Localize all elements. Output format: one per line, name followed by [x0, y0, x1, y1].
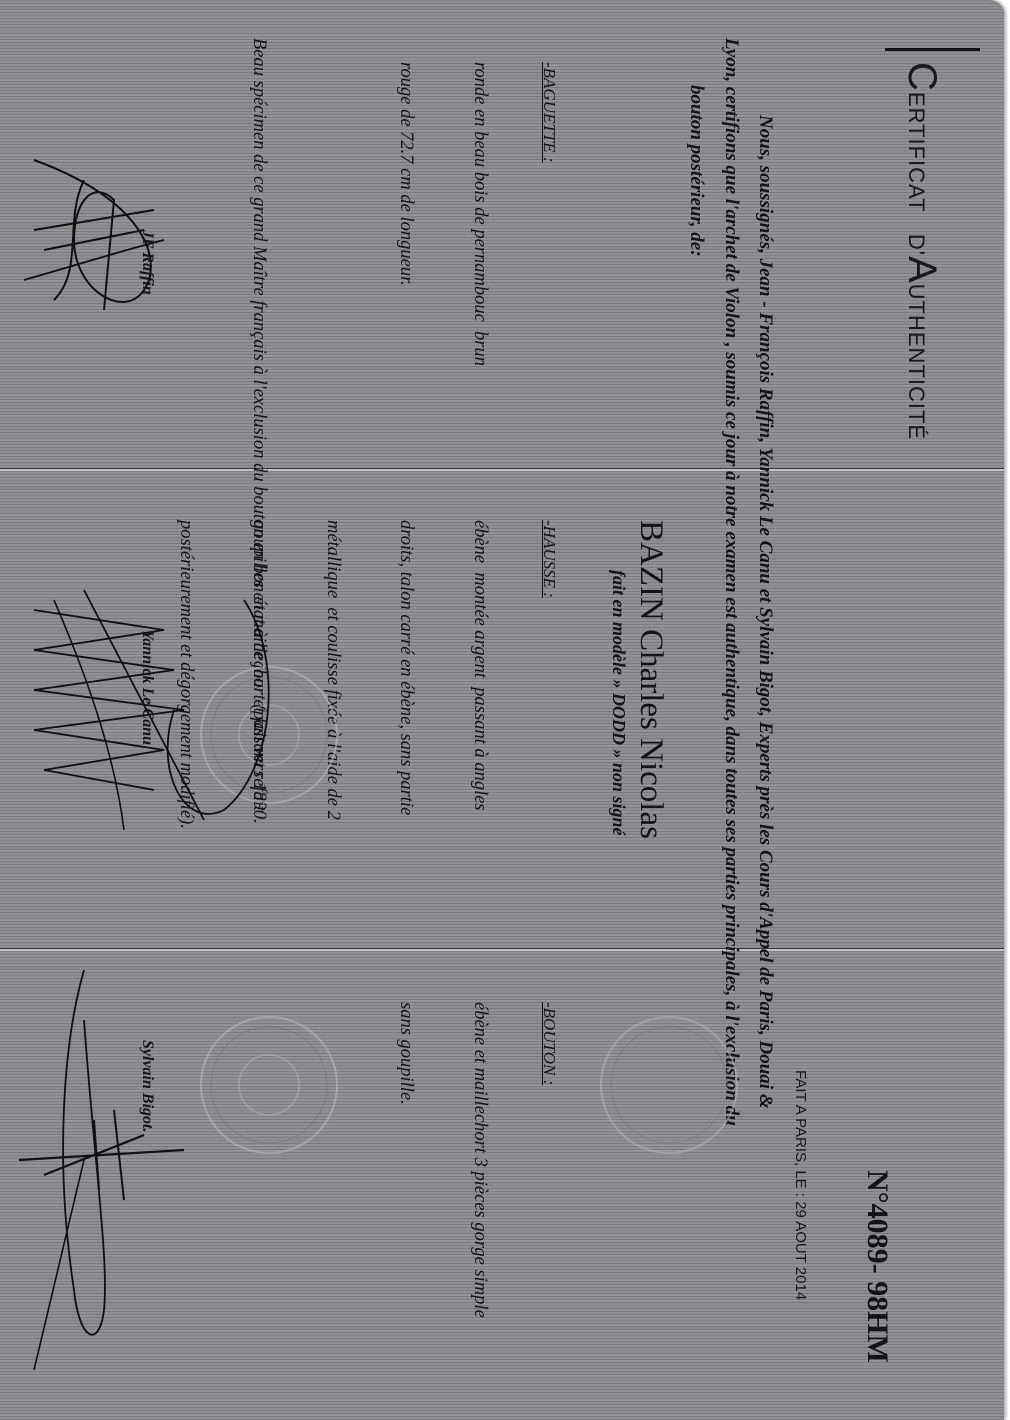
section-heading-baguette: -BAGUETTE : — [539, 62, 559, 163]
signer-name: Yannick Le Canu — [138, 630, 156, 745]
signature-bigot-icon — [14, 960, 204, 1380]
bow-maker: BAZIN Charles Nicolas — [632, 520, 669, 839]
model-note: fait en modèle » DODD » non signé — [608, 570, 629, 836]
intro-line: Lyon, certifions que l'archet de Violon … — [720, 38, 742, 1126]
place-date: FAIT A PARIS, LE : 29 AOUT 2014 — [792, 1070, 809, 1300]
section-heading-bouton: -BOUTON : — [539, 1002, 559, 1085]
intro-line: Nous, soussignés, Jean - François Raffin… — [754, 115, 776, 1109]
certificate-paper: CERTIFICAT D'AUTHENTICITÉ N°4089- 98HM F… — [0, 0, 1004, 1420]
embossed-seal-icon — [594, 1010, 744, 1160]
signer-name: Sylvain Bigot. — [138, 1040, 156, 1132]
signer-name: JF Raffin — [138, 230, 156, 295]
title-rule — [885, 48, 980, 51]
certificate-sheet: CERTIFICAT D'AUTHENTICITÉ N°4089- 98HM F… — [0, 0, 1004, 1420]
signature-raffin-icon — [14, 140, 184, 340]
section-heading-hausse: -HAUSSE : — [539, 520, 559, 598]
embossed-seal-icon — [194, 1010, 344, 1160]
section-body-bouton: ébène et maillechort 3 pièces gorge simp… — [345, 1002, 541, 1318]
certificate-number: N°4089- 98HM — [860, 1170, 894, 1363]
certificate-title: CERTIFICAT D'AUTHENTICITÉ — [899, 62, 944, 440]
section-body-baguette: ronde en beau bois de pernambouc brun ro… — [345, 62, 541, 366]
intro-line: bouton postérieur, de: — [685, 85, 707, 257]
